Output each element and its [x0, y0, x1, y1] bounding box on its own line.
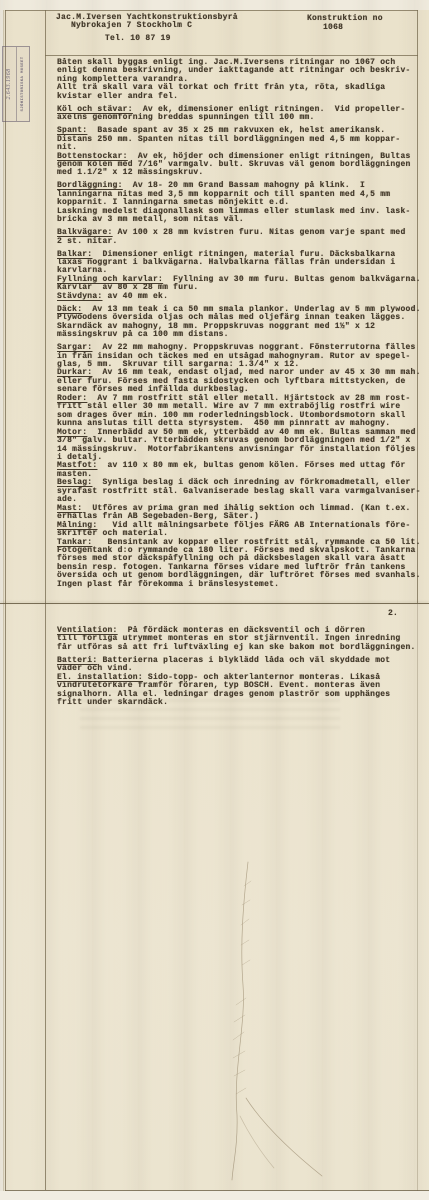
- section-label: Durkar:: [57, 368, 92, 377]
- section-label: Bottenstockar:: [57, 152, 128, 161]
- page1-specification-text: Båten skall byggas enligt ing. Jac.M.Ive…: [57, 59, 429, 589]
- scan-edge-bottom: [0, 1191, 429, 1200]
- spec-section: Balkar: Dimensioner enligt ritningen, ma…: [57, 251, 429, 276]
- section-label: Balkar:: [57, 250, 92, 259]
- scan-edge-left: [0, 0, 3, 1200]
- frame-rule-left-inner: [45, 10, 46, 1190]
- letterhead: Jac.M.Iversen Yachtkonstruktionsbyrå Nyb…: [56, 14, 238, 43]
- spec-section: Stävdyna: av 40 mm ek.: [57, 293, 429, 301]
- spec-section: Köl och stävar: Av ek, dimensioner enlig…: [57, 106, 429, 123]
- section-label: Mastfot:: [57, 461, 97, 470]
- spec-section: Målning: Vid allt målningsarbete följes …: [57, 522, 429, 539]
- spec-section: Sargar: Av 22 mm mahogny. Proppskruvas n…: [57, 344, 429, 369]
- frame-rule-top: [5, 10, 418, 11]
- section-label: Balkvägare:: [57, 228, 113, 237]
- spec-section: Bordläggning: Av 18- 20 mm Grand Bassam …: [57, 182, 429, 224]
- museum-archive-stamp: 2.643.1968 SJÖHISTORISKA MUSEET: [1, 46, 31, 122]
- spec-section: Beslag: Synliga beslag i däck och inredn…: [57, 479, 429, 504]
- page-separator-rule: [0, 603, 429, 604]
- section-label: Målning:: [57, 521, 97, 530]
- spec-section: Bottenstockar: Av ek, höjder och dimensi…: [57, 153, 429, 178]
- section-label: Beslag:: [57, 478, 92, 487]
- museum-archive-stamp-box: 2.643.1968 SJÖHISTORISKA MUSEET: [2, 46, 30, 122]
- firm-phone: Tel. 10 87 19: [105, 35, 238, 43]
- scan-edge-top: [0, 0, 429, 10]
- section-label: Batteri:: [57, 656, 97, 665]
- construction-number-label: Konstruktion no: [307, 15, 383, 23]
- section-label: Däck:: [57, 305, 82, 314]
- section-label: Mast:: [57, 504, 82, 513]
- spec-section: Ventilation: På fördäck monteras en däck…: [57, 627, 429, 652]
- spec-section: Balkvägare: Av 100 x 28 mm kvistren furu…: [57, 229, 429, 246]
- scanned-specification-document: 2.643.1968 SJÖHISTORISKA MUSEET Jac.M.Iv…: [0, 0, 429, 1200]
- section-label: Sargar:: [57, 343, 92, 352]
- spec-section: Mastfot: av 110 x 80 mm ek, bultas genom…: [57, 462, 429, 479]
- section-label: Tankar:: [57, 538, 92, 547]
- section-label: Ventilation:: [57, 626, 118, 635]
- section-label: Fyllning och karvlar:: [57, 275, 163, 284]
- spec-section: Tankar: Bensintank av koppar eller rostf…: [57, 539, 429, 590]
- section-label: El. installation:: [57, 673, 143, 682]
- page2-number: 2.: [388, 610, 398, 618]
- construction-number-value: 1068: [323, 24, 383, 32]
- section-label: Bordläggning:: [57, 181, 123, 190]
- section-label: Motor:: [57, 428, 87, 437]
- spec-section: Fyllning och karvlar: Fyllning av 30 mm …: [57, 276, 429, 293]
- spec-section: Mast: Utföres av prima gran med ihålig s…: [57, 505, 429, 522]
- construction-number-block: Konstruktion no 1068: [307, 15, 383, 33]
- spec-section: Motor: Innerbädd av 50 mm ek, ytterbädd …: [57, 429, 429, 463]
- stamp-accession-number: 2.643.1968: [3, 47, 16, 121]
- spec-section: Båten skall byggas enligt ing. Jac.M.Ive…: [57, 59, 429, 101]
- spec-section: Durkar: Av 16 mm teak, endast oljad, med…: [57, 369, 429, 394]
- section-label: Spant:: [57, 126, 87, 135]
- spec-section: Spant: Basade spant av 35 x 25 mm rakvux…: [57, 127, 429, 152]
- ink-bleed-ghost: [80, 690, 340, 730]
- section-label: Roder:: [57, 394, 87, 403]
- spec-section: Däck: Av 13 mm teak i ca 50 mm smala pla…: [57, 306, 429, 340]
- section-label: Stävdyna:: [57, 292, 102, 301]
- spec-section: Roder: Av 7 mm rostfritt stål eller meta…: [57, 395, 429, 429]
- header-separator-rule: [45, 55, 418, 56]
- spec-section: Batteri: Batterierna placeras i blyklädd…: [57, 657, 429, 674]
- section-label: Köl och stävar:: [57, 105, 133, 114]
- frame-rule-left-outer: [5, 10, 6, 1191]
- firm-address: Nybrokajen 7 Stockholm C: [71, 22, 238, 30]
- stamp-museum-name: SJÖHISTORISKA MUSEET: [16, 47, 30, 121]
